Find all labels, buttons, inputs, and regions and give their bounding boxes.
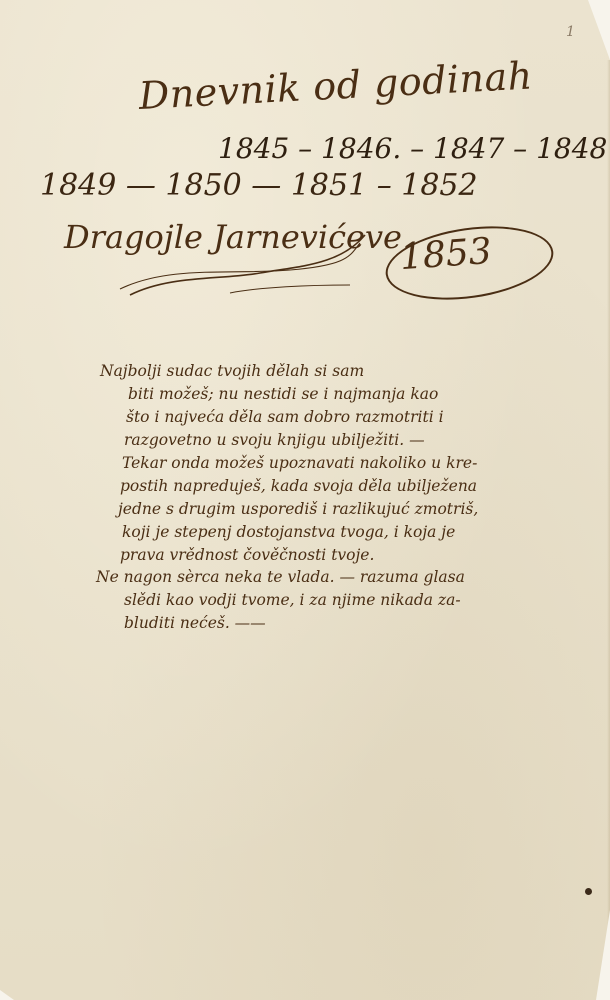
page-corner-bottom-left	[0, 990, 14, 1000]
text-line: Najbolji sudac tvojih dělah si sam	[100, 360, 364, 383]
text-line: Ne nagon sèrca neka te vlada. — razuma g…	[96, 566, 465, 589]
page-corner-top-right	[588, 0, 610, 60]
text-line: razgovetno u svoju knjigu ubilježiti. —	[124, 429, 425, 452]
circled-year: 1853	[399, 231, 493, 278]
text-line: bluditi nećeš. ——	[124, 612, 266, 635]
text-line: slědi kao vodji tvome, i za njime nikada…	[124, 589, 461, 612]
text-line: postih napreduješ, kada svoja děla ubilj…	[120, 475, 477, 498]
page-corner-bottom-right	[596, 910, 610, 1000]
text-line: koji je stepenj dostojanstva tvoga, i ko…	[122, 521, 455, 544]
text-line: jedne s drugim usporediš i razlikujuć zm…	[118, 498, 478, 521]
text-line: što i najveća děla sam dobro razmotriti …	[126, 406, 444, 429]
ink-stain	[585, 888, 592, 895]
text-line: biti možeš; nu nestidi se i najmanja kao	[128, 383, 438, 406]
manuscript-page: 1 Dnevnik od godinah 1845 – 1846. – 1847…	[0, 0, 610, 1000]
page-number: 1	[566, 24, 575, 40]
text-line: prava vrědnost čověčnosti tvoje.	[120, 544, 374, 567]
diary-title: Dnevnik od godinah	[138, 53, 534, 118]
text-line: Tekar onda možeš upoznavati nakoliko u k…	[122, 452, 477, 475]
years-line-2: 1849 — 1850 — 1851 – 1852	[40, 168, 478, 203]
flourish-ornament	[110, 225, 370, 300]
years-line-1: 1845 – 1846. – 1847 – 1848	[218, 132, 607, 165]
